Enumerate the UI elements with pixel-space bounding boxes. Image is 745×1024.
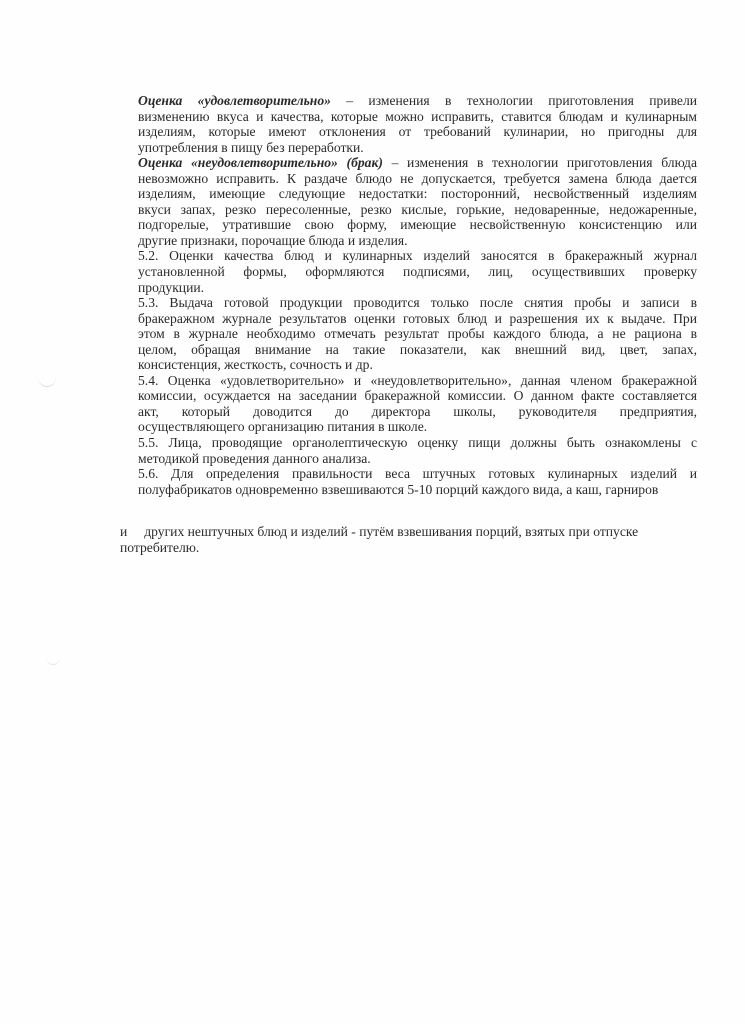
section-5-3-line: консистенция, жесткость, сочность и др. [138, 357, 697, 373]
section-5-3-line: 5.3. Выдача готовой продукции проводится… [138, 295, 697, 311]
paragraph-line: Оценка «удовлетворительно» – изменения в… [138, 93, 697, 109]
paragraph-line: невозможно исправить. К раздаче блюдо не… [138, 171, 697, 187]
punch-hole-mark [38, 368, 56, 387]
section-5-3-line: бракеражном журнале результатов оценки г… [138, 311, 697, 327]
section-5-2-line: установленной формы, оформляются подпися… [138, 264, 697, 280]
section-5-6-continuation: и других нештучных блюд и изделий - путё… [120, 524, 700, 555]
section-5-5-line: 5.5. Лица, проводящие органолептическую … [138, 435, 697, 451]
paragraph-line: изделиям, имеющие следующие недостатки: … [138, 186, 697, 202]
paragraph-line: другие признаки, порочащие блюда и издел… [138, 233, 697, 249]
scanned-page: Оценка «удовлетворительно» – изменения в… [0, 0, 745, 1024]
section-5-4-line: комиссии, осуждается на заседании бракер… [138, 388, 697, 404]
term-satisfactory: Оценка «удовлетворительно» [138, 93, 331, 108]
section-5-4-line: акт, который доводится до директора школ… [138, 404, 697, 420]
paragraph-line: подгорелые, утратившие свою форму, имеющ… [138, 217, 697, 233]
paragraph-line: вкуси запах, резко пересоленные, резко к… [138, 202, 697, 218]
section-5-3-line: целом, обращая внимание на такие показат… [138, 342, 697, 358]
section-5-6-line: 5.6. Для определения правильности веса ш… [138, 466, 697, 482]
section-5-6-line: и других нештучных блюд и изделий - путё… [120, 524, 700, 540]
section-5-4-line: осуществляющего организацию питания в шк… [138, 419, 697, 435]
paragraph-line: употребления в пищу без переработки. [138, 140, 697, 156]
document-body: Оценка «удовлетворительно» – изменения в… [138, 93, 697, 497]
paragraph-line: визменению вкуса и качества, которые мож… [138, 109, 697, 125]
section-5-6-line: потребителю. [120, 540, 700, 556]
term-unsatisfactory: Оценка «неудовлетворительно» (брак) [138, 155, 383, 170]
paragraph-line: Оценка «неудовлетворительно» (брак) – из… [138, 155, 697, 171]
section-5-2-line: 5.2. Оценки качества блюд и кулинарных и… [138, 248, 697, 264]
section-5-4-line: 5.4. Оценка «удовлетворительно» и «неудо… [138, 373, 697, 389]
section-5-3-line: этом в журнале необходимо отмечать резул… [138, 326, 697, 342]
section-5-6-line: полуфабрикатов одновременно взвешиваются… [138, 482, 697, 498]
section-5-5-line: методикой проведения данного анализа. [138, 451, 697, 467]
paragraph-line: изделиям, которые имеют отклонения от тр… [138, 124, 697, 140]
punch-hole-mark [46, 650, 60, 665]
section-5-2-line: продукции. [138, 280, 697, 296]
